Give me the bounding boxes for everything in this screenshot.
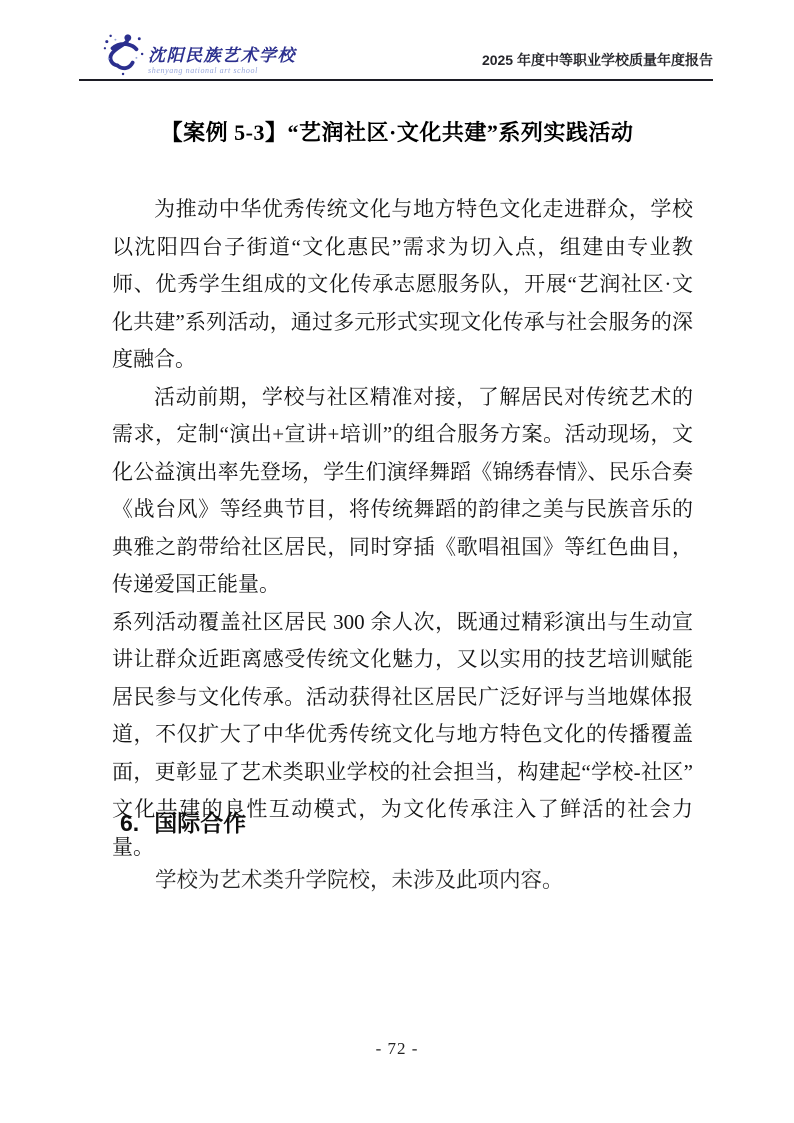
document-page: 沈阳民族艺术学校 shenyang national art school 20… — [0, 0, 794, 1123]
page-header: 沈阳民族艺术学校 shenyang national art school 20… — [79, 28, 713, 81]
section-number: 6. — [120, 810, 139, 837]
case-title: 【案例 5-3】“艺润社区·文化共建”系列实践活动 — [0, 116, 794, 147]
logo-name-cn: 沈阳民族艺术学校 — [148, 47, 296, 64]
report-header-title: 2025 年度中等职业学校质量年度报告 — [482, 50, 713, 70]
dancer-logo-icon — [103, 32, 145, 76]
section-body-text: 学校为艺术类升学院校，未涉及此项内容。 — [112, 862, 693, 900]
section-title: 国际合作 — [154, 805, 246, 838]
logo-text: 沈阳民族艺术学校 shenyang national art school — [148, 47, 296, 76]
case-paragraph-2: 活动前期，学校与社区精准对接，了解居民对传统艺术的需求，定制“演出+宣讲+培训”… — [112, 379, 693, 604]
case-body: 为推动中华优秀传统文化与地方特色文化走进群众，学校以沈阳四台子街道“文化惠民”需… — [112, 191, 693, 866]
school-logo: 沈阳民族艺术学校 shenyang national art school — [103, 32, 296, 76]
case-paragraph-1: 为推动中华优秀传统文化与地方特色文化走进群众，学校以沈阳四台子街道“文化惠民”需… — [112, 191, 693, 379]
page-number: - 72 - — [0, 1039, 794, 1059]
section-heading-international-cooperation: 6. 国际合作 — [120, 805, 246, 838]
logo-name-en: shenyang national art school — [148, 67, 296, 75]
